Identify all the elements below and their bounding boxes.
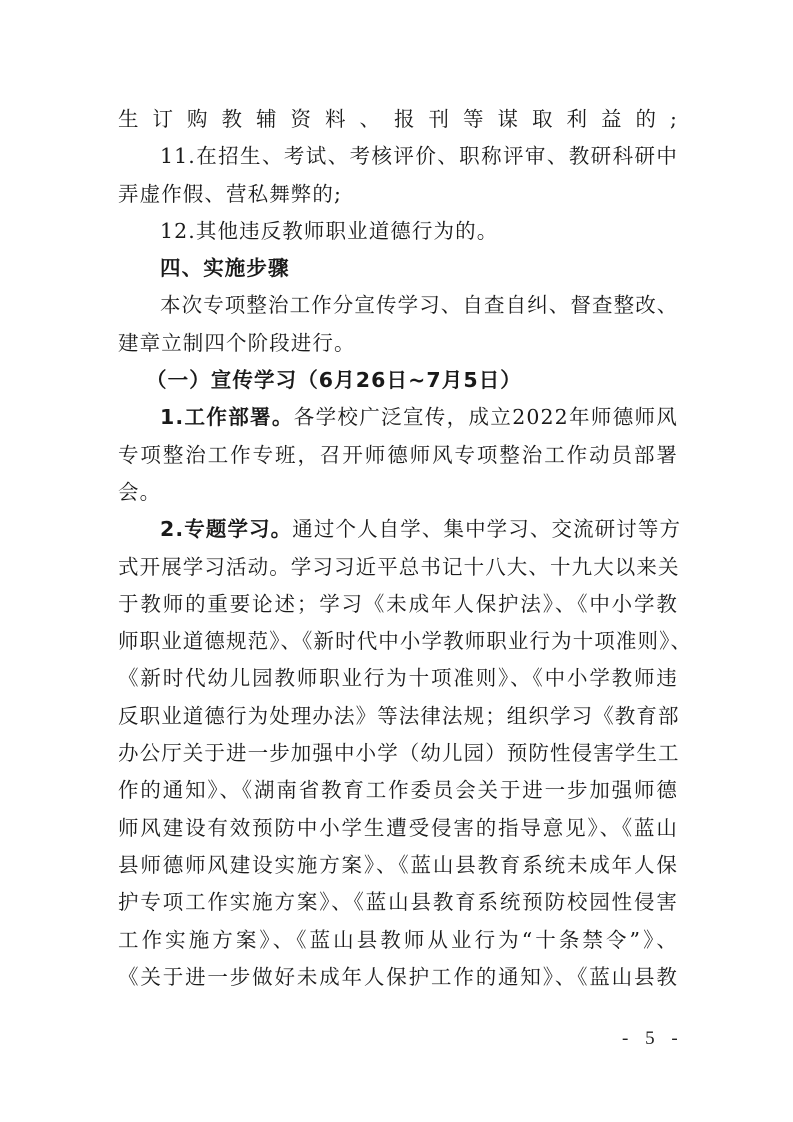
item1-text: 各学校广泛宣传，成立2022年师德师风 (294, 405, 678, 429)
body-line: 建章立制四个阶段进行。 (118, 325, 678, 362)
body-line: 《关于进一步做好未成年人保护工作的通知》、《蓝山县教 (118, 959, 678, 996)
body-line: 反职业道德行为处理办法》等法律法规；组织学习《教育部 (118, 698, 678, 735)
body-line: 作的通知》、《湖南省教育工作委员会关于进一步加强师德 (118, 772, 678, 809)
body-line: 县师德师风建设实施方案》、《蓝山县教育系统未成年人保 (118, 847, 678, 884)
body-line: 生订购教辅资料、报刊等谋取利益的; (118, 101, 678, 138)
subsection-heading: （一）宣传学习（6月26日~7月5日） (118, 362, 678, 399)
page-number: - 5 - (622, 1028, 684, 1050)
body-line: 弄虚作假、营私舞弊的; (118, 176, 678, 213)
item1-label: 1.工作部署。 (160, 405, 294, 429)
item2-first-line: 2.专题学习。通过个人自学、集中学习、交流研讨等方 (118, 511, 678, 548)
list-item-12: 12.其他违反教师职业道德行为的。 (118, 213, 678, 250)
body-line: 本次专项整治工作分宣传学习、自查自纠、督查整改、 (118, 287, 678, 324)
body-line: 于教师的重要论述；学习《未成年人保护法》、《中小学教 (118, 586, 678, 623)
body-line: 师风建设有效预防中小学生遭受侵害的指导意见》、《蓝山 (118, 810, 678, 847)
item1-first-line: 1.工作部署。各学校广泛宣传，成立2022年师德师风 (118, 399, 678, 436)
body-line: 护专项工作实施方案》、《蓝山县教育系统预防校园性侵害 (118, 884, 678, 921)
document-page: 生订购教辅资料、报刊等谋取利益的; 11.在招生、考试、考核评价、职称评审、教研… (118, 101, 678, 996)
body-line: 《新时代幼儿园教师职业行为十项准则》、《中小学教师违 (118, 660, 678, 697)
body-line: 师职业道德规范》、《新时代中小学教师职业行为十项准则》、 (118, 623, 678, 660)
body-line: 工作实施方案》、《蓝山县教师从业行为“十条禁令”》、 (118, 922, 678, 959)
body-line: 会。 (118, 474, 678, 511)
body-line: 式开展学习活动。学习习近平总书记十八大、十九大以来关 (118, 549, 678, 586)
section-heading: 四、实施步骤 (118, 250, 678, 287)
item2-text: 通过个人自学、集中学习、交流研讨等方 (292, 517, 681, 541)
body-line: 专项整治工作专班，召开师德师风专项整治工作动员部署 (118, 437, 678, 474)
body-line: 办公厅关于进一步加强中小学（幼儿园）预防性侵害学生工 (118, 735, 678, 772)
list-item-11: 11.在招生、考试、考核评价、职称评审、教研科研中 (118, 138, 678, 175)
item2-label: 2.专题学习。 (160, 517, 292, 541)
